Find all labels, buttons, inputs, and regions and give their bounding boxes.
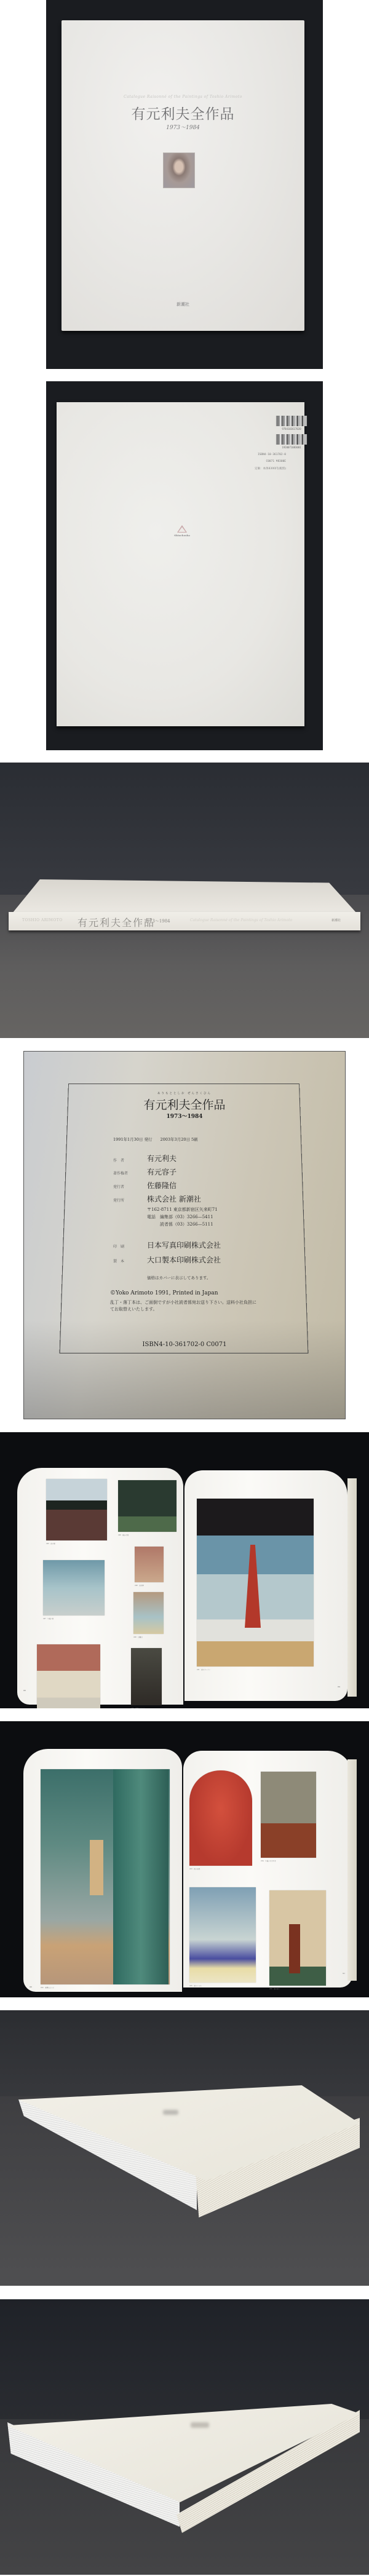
barcode-icon [276, 416, 307, 426]
page-number-right: 89 [338, 1686, 340, 1688]
page-block-edge [347, 1759, 357, 1981]
dust-jacket-front: Catalogue Raisonné of the Paintings of T… [61, 20, 304, 331]
spine-years: 1973〜1984 [144, 918, 170, 924]
colophon-years: 1973〜1984 [24, 1112, 345, 1120]
photo-front-cover: Catalogue Raisonné of the Paintings of T… [46, 0, 323, 369]
artwork-caption: 249 日曜日 [133, 1636, 143, 1638]
page-number-left: 90 [30, 1986, 32, 1988]
left-page: 252 星降るように 90 [23, 1749, 182, 1992]
colophon-notice: 乱丁・落丁本は、ご面倒ですが小社読者係宛お送り下さい。送料小社負担にてお取替えい… [110, 1299, 258, 1313]
artwork-thumbnail [118, 1480, 177, 1532]
backdrop-wall [0, 2299, 369, 2422]
artwork-main [197, 1499, 314, 1666]
cover-years: 1973〜1984 [61, 123, 304, 131]
colophon-label-binder: 製 本 [113, 1258, 124, 1264]
photo-angle-view-2 [0, 2299, 369, 2575]
artwork-caption: 255 雲のテラス [189, 1984, 202, 1987]
barcode-icon [276, 434, 307, 445]
colophon-value-publisher-house: 株式会社 新潮社 [147, 1194, 201, 1204]
dust-jacket-back: 9784103617020 1920071083001 ISBN4-10-361… [57, 402, 304, 726]
artwork-thumbnail [131, 1648, 162, 1705]
colophon-value-copyright-holder: 有元容子 [147, 1167, 177, 1177]
spine-name-en: TOSHIO ARIMOTO [22, 918, 63, 922]
cover-publisher: 新潮社 [61, 301, 304, 307]
green-column [113, 1769, 169, 1984]
colophon-price-note: 価格はカバーに表示してあります。 [147, 1275, 210, 1280]
colophon-label-publisher-person: 発行者 [113, 1184, 124, 1189]
right-page: 251 雲のカーテン 89 [184, 1470, 347, 1701]
photo-back-cover: 9784103617020 1920071083001 ISBN4-10-361… [46, 381, 323, 750]
colophon-value-publisher-person: 佐藤隆信 [147, 1180, 177, 1191]
figure-on-ladder [90, 1840, 103, 1895]
colophon-value-author: 有元利夫 [147, 1153, 177, 1163]
barcode-number-1: 9784103617020 [273, 427, 310, 430]
artwork-thumbnail [261, 1772, 316, 1858]
triangle-logo-icon [177, 525, 187, 533]
artwork-caption: 250 瑞星のように [131, 1707, 145, 1708]
colophon-label-author: 作 者 [113, 1157, 124, 1163]
colophon-isbn: ISBN4-10-361702-0 C0071 [24, 1341, 345, 1348]
colophon-title-ruby: ありもととしお ぜんさくひん [24, 1092, 345, 1095]
artwork-caption: 256 扉の前で [269, 1987, 280, 1990]
colophon-address: 〒162-8711 東京都新宿区矢来町71 [147, 1207, 218, 1213]
photo-spine: TOSHIO ARIMOTO 有元利夫全作品 1973〜1984 Catalog… [0, 763, 369, 1038]
publisher-logo: Shinchosha [173, 525, 191, 537]
artwork-caption: 245 花の壁 [46, 1542, 55, 1545]
photo-spread-2: 252 星降るように 90 253 夜の音楽 254 午後のささやき 255 雲… [0, 1721, 369, 1997]
artwork-main [41, 1769, 170, 1984]
back-price-label: 定価：本体8300円(税別) [255, 467, 286, 470]
right-page: 253 夜の音楽 254 午後のささやき 255 雲のテラス 256 扉の前で … [183, 1751, 352, 1987]
artwork-caption: 254 午後のささやき [261, 1860, 276, 1862]
artwork-thumbnail [135, 1547, 164, 1582]
back-isbn: ISBN4-10-361702-0 [258, 453, 286, 456]
colophon-phone-reader: 読者係（03）3266—5111 [147, 1221, 213, 1227]
cover-title: 有元利夫全作品 [61, 103, 304, 123]
left-page: 245 花の壁 246 厳かな夜 247 午後の窓 248 浅き夢 249 日曜… [17, 1468, 183, 1705]
barcode-number-2: 1920071083001 [273, 446, 310, 449]
artwork-caption: 253 夜の音楽 [189, 1868, 200, 1870]
artwork-caption: 251 雲のカーテン [197, 1668, 210, 1671]
figure-red-dress [245, 1545, 261, 1628]
artwork-caption: 248 浅き夢 [135, 1584, 144, 1587]
artwork-thumbnail [37, 1644, 100, 1708]
figure-brown-robe [289, 1924, 300, 1973]
artwork-caption: 246 厳かな夜 [118, 1534, 129, 1536]
page-number-right: 91 [343, 1972, 345, 1975]
spine-publisher: 新潮社 [331, 918, 341, 922]
colophon-copyright: ©Yoko Arimoto 1991, Printed in Japan [110, 1290, 218, 1296]
artwork-caption: 252 星降るように [41, 1986, 54, 1989]
colophon-dates: 1991年1月30日 発行 2003年3月20日 5刷 [113, 1136, 198, 1142]
page-number-left: 88 [23, 1689, 26, 1692]
page-block-edge [347, 1478, 357, 1697]
cover-subtitle-en: Catalogue Raisonné of the Paintings of T… [61, 95, 304, 99]
artwork-thumbnail [269, 1890, 326, 1986]
artwork-thumbnail [46, 1479, 107, 1540]
logo-text: Shinchosha [173, 534, 191, 537]
colophon-phone-editorial: 電話 編集部（03）3266—5411 [147, 1214, 213, 1220]
cover-portrait-blur [163, 2110, 178, 2115]
artwork-caption: 247 午後の窓 [43, 1617, 54, 1620]
artwork-thumbnail [189, 1887, 256, 1983]
backdrop-wall [0, 2010, 369, 2102]
book-spine: TOSHIO ARIMOTO 有元利夫全作品 1973〜1984 Catalog… [9, 912, 360, 930]
colophon-label-copyright-holder: 著作権者 [113, 1170, 128, 1176]
cover-portrait-image [163, 153, 195, 188]
photo-angle-view-1 [0, 2010, 369, 2286]
photo-colophon: ありもととしお ぜんさくひん 有元利夫全作品 1973〜1984 1991年1月… [23, 1051, 346, 1419]
spine-subtitle-en: Catalogue Raisonné of the Paintings of T… [190, 918, 292, 922]
colophon-value-binder: 大口製本印刷株式会社 [147, 1254, 221, 1265]
artwork-thumbnail [133, 1592, 164, 1634]
artwork-thumbnail [189, 1770, 252, 1866]
photo-spread-1: 245 花の壁 246 厳かな夜 247 午後の窓 248 浅き夢 249 日曜… [0, 1432, 369, 1708]
cover-portrait-blur [191, 2422, 209, 2428]
artwork-thumbnail [43, 1560, 105, 1615]
colophon-label-publisher-house: 発行所 [113, 1197, 124, 1203]
book-top-surface [12, 879, 357, 913]
back-ccode-price: C0071 ¥8300E [266, 460, 286, 463]
colophon-title: 有元利夫全作品 [24, 1096, 345, 1112]
colophon-label-printer: 印 刷 [113, 1243, 124, 1249]
backdrop-wall [0, 763, 369, 895]
colophon-value-printer: 日本写真印刷株式会社 [147, 1240, 221, 1250]
